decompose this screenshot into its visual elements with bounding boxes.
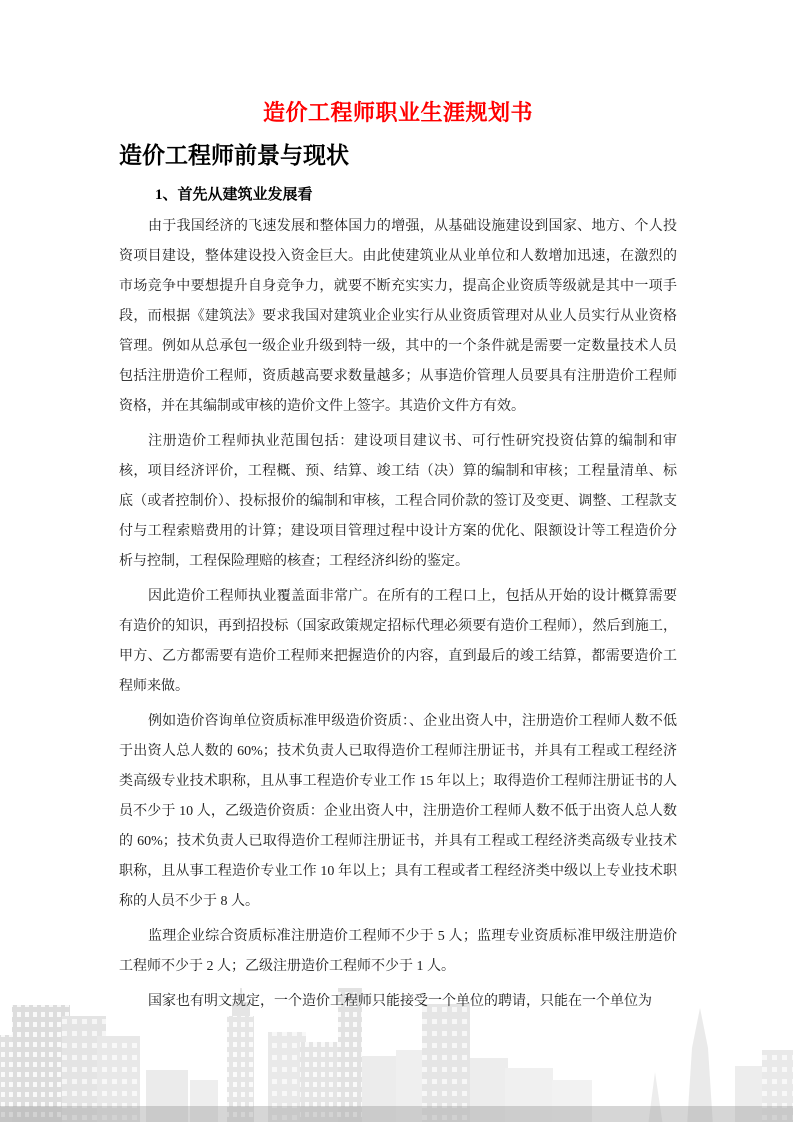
section-heading: 造价工程师前景与现状	[119, 142, 677, 170]
document-page: 造价工程师职业生涯规划书 造价工程师前景与现状 1、首先从建筑业发展看 由于我国…	[0, 0, 793, 1122]
paragraph-2: 注册造价工程师执业范围包括：建设项目建议书、可行性研究投资估算的编制和审核，项目…	[119, 427, 677, 577]
paragraph-5: 监理企业综合资质标准注册造价工程师不少于 5 人；监理专业资质标准甲级注册造价工…	[119, 922, 677, 982]
paragraph-1: 由于我国经济的飞速发展和整体国力的增强，从基础设施建设到国家、地方、个人投资项目…	[119, 212, 677, 422]
document-content: 造价工程师职业生涯规划书 造价工程师前景与现状 1、首先从建筑业发展看 由于我国…	[119, 0, 677, 1022]
paragraph-4: 例如造价咨询单位资质标准甲级造价资质：、企业出资人中，注册造价工程师人数不低于出…	[119, 707, 677, 917]
paragraph-6: 国家也有明文规定，一个造价工程师只能接受一个单位的聘请，只能在一个单位为	[119, 987, 677, 1017]
document-title: 造价工程师职业生涯规划书	[119, 100, 677, 126]
watermark-bottom-band	[0, 1106, 793, 1122]
section-subheading: 1、首先从建筑业发展看	[155, 185, 677, 206]
body-text: 由于我国经济的飞速发展和整体国力的增强，从基础设施建设到国家、地方、个人投资项目…	[119, 212, 677, 1017]
paragraph-3: 因此造价工程师执业覆盖面非常广。在所有的工程口上，包括从开始的设计概算需要有造价…	[119, 582, 677, 702]
